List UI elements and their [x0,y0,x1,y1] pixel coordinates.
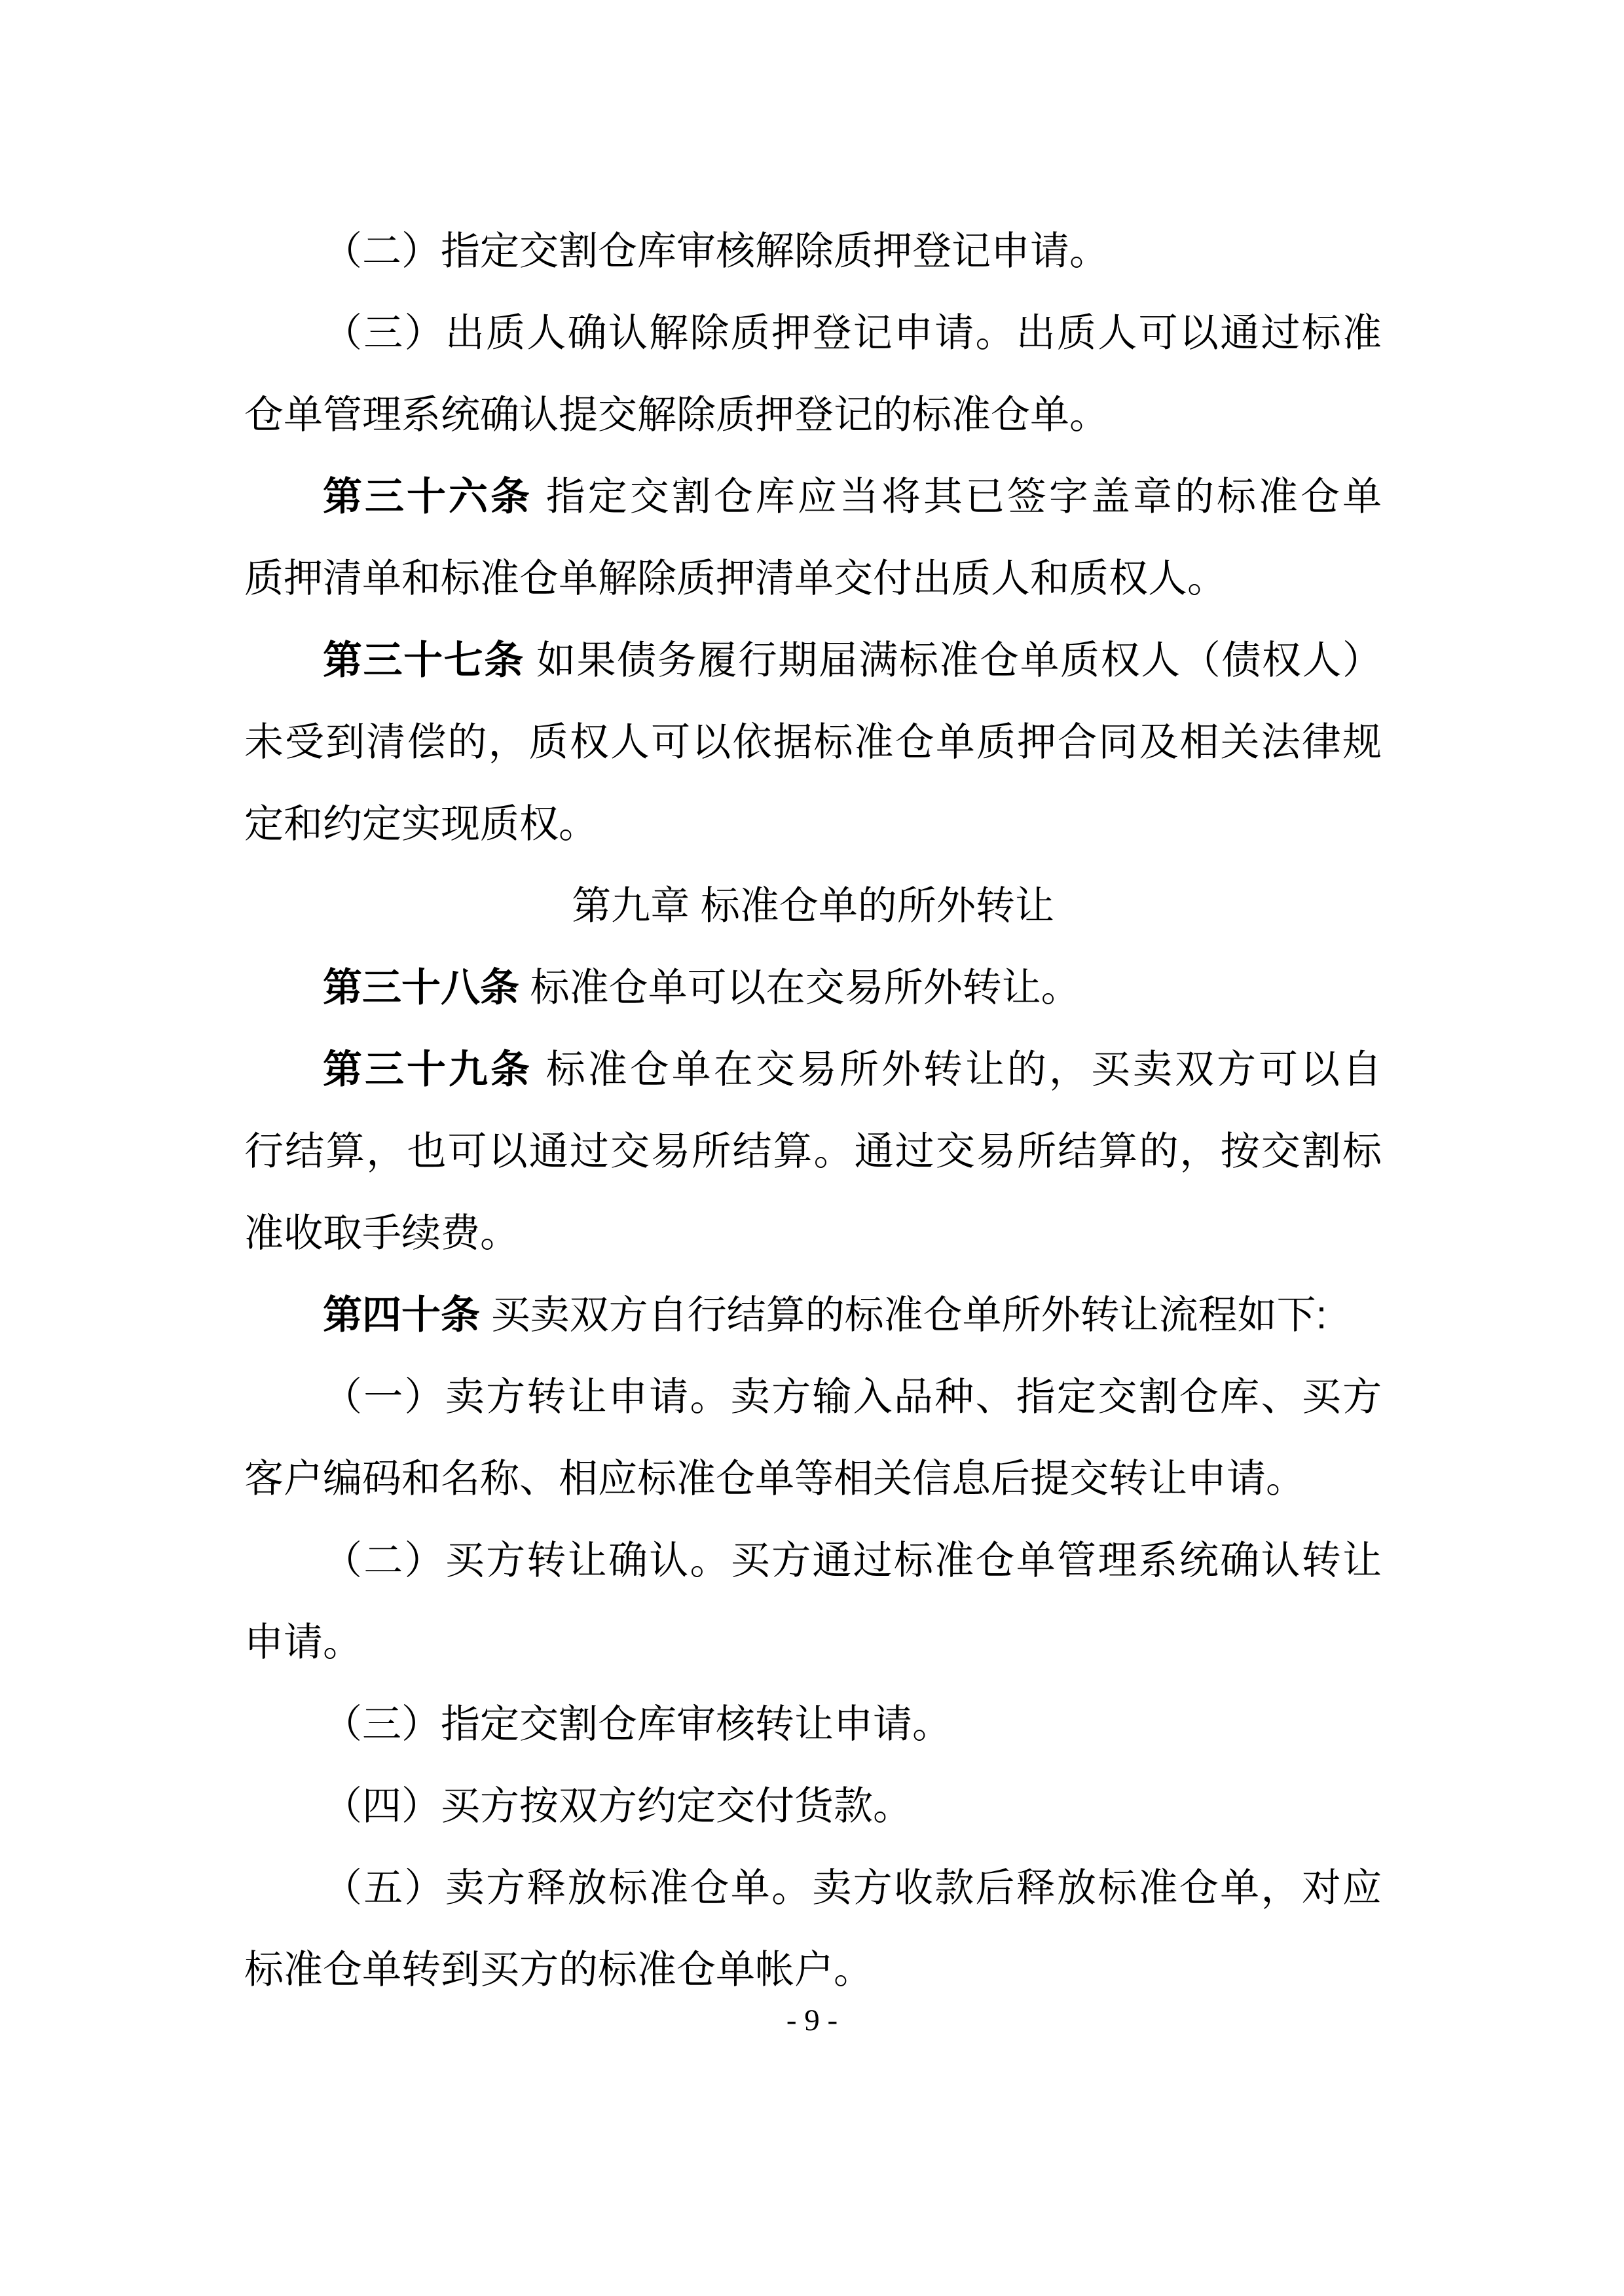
text-run: 标准仓单在交易所外转让的，买卖双方可以自 [532,1048,1382,1091]
article-line: 第四十条 买卖双方自行结算的标准仓单所外转让流程如下: [244,1274,1382,1356]
article-number: 第四十条 [323,1293,480,1337]
document-line: （三）指定交割仓库审核转让申请。 [244,1683,1382,1765]
document-line: 申请。 [244,1601,1382,1683]
text-run: （三）指定交割仓库审核转让申请。 [323,1702,951,1746]
text-run: 行结算，也可以通过交易所结算。通过交易所结算的，按交割标 [244,1129,1382,1173]
document-line: （二）指定交割仓库审核解除质押登记申请。 [244,210,1382,292]
document-line: 定和约定实现质权。 [244,783,1382,865]
document-line: （四）买方按双方约定交付货款。 [244,1765,1382,1847]
document-line: 标准仓单转到买方的标准仓单帐户。 [244,1929,1382,2011]
document-line: （二）买方转让确认。买方通过标准仓单管理系统确认转让 [244,1520,1382,1601]
article-line: 第三十六条 指定交割仓库应当将其已签字盖章的标准仓单 [244,456,1382,538]
article-number: 第三十六条 [323,475,532,519]
document-line: 客户编码和名称、相应标准仓单等相关信息后提交转让申请。 [244,1438,1382,1520]
document-line: （五）卖方释放标准仓单。卖方收款后释放标准仓单，对应 [244,1847,1382,1929]
article-number: 第三十七条 [323,638,525,682]
text-run: （五）卖方释放标准仓单。卖方收款后释放标准仓单，对应 [323,1866,1382,1910]
text-run: （二）买方转让确认。买方通过标准仓单管理系统确认转让 [323,1539,1382,1582]
text-run: （二）指定交割仓库审核解除质押登记申请。 [323,229,1109,273]
document-line: （一）卖方转让申请。卖方输入品种、指定交割仓库、买方 [244,1356,1382,1438]
document-line: 行结算，也可以通过交易所结算。通过交易所结算的，按交割标 [244,1110,1382,1192]
chapter-heading: 第九章 标准仓单的所外转让 [244,865,1382,947]
text-run: 客户编码和名称、相应标准仓单等相关信息后提交转让申请。 [244,1457,1305,1501]
text-run: （四）买方按双方约定交付货款。 [323,1784,912,1828]
document-line: 准收取手续费。 [244,1192,1382,1274]
text-run: 准收取手续费。 [244,1211,519,1255]
text-run: 质押清单和标准仓单解除质押清单交付出质人和质权人。 [244,556,1227,600]
text-run: 定和约定实现质权。 [244,802,598,846]
document-line: 未受到清偿的，质权人可以依据标准仓单质押合同及相关法律规 [244,701,1382,783]
document-line: 仓单管理系统确认提交解除质押登记的标准仓单。 [244,374,1382,456]
text-run: 买卖双方自行结算的标准仓单所外转让流程如下: [480,1293,1327,1337]
article-number: 第三十八条 [323,966,519,1010]
text-run: 如果债务履行期届满标准仓单质权人（债权人） [525,638,1382,682]
text-run: 未受到清偿的，质权人可以依据标准仓单质押合同及相关法律规 [244,720,1382,764]
text-run: 标准仓单可以在交易所外转让。 [519,966,1080,1010]
article-number: 第三十九条 [323,1048,532,1091]
document-body: （二）指定交割仓库审核解除质押登记申请。（三）出质人确认解除质押登记申请。出质人… [244,210,1382,2011]
text-run: （三）出质人确认解除质押登记申请。出质人可以通过标准 [323,311,1382,355]
text-run: 标准仓单转到买方的标准仓单帐户。 [244,1948,873,1992]
article-line: 第三十九条 标准仓单在交易所外转让的，买卖双方可以自 [244,1029,1382,1110]
article-line: 第三十八条 标准仓单可以在交易所外转让。 [244,947,1382,1029]
text-run: 第九章 标准仓单的所外转让 [572,884,1054,928]
text-run: （一）卖方转让申请。卖方输入品种、指定交割仓库、买方 [323,1375,1382,1419]
page-number: - 9 - [0,2002,1624,2039]
text-run: 仓单管理系统确认提交解除质押登记的标准仓单。 [244,393,1109,437]
text-run: 申请。 [244,1620,362,1664]
article-line: 第三十七条 如果债务履行期届满标准仓单质权人（债权人） [244,619,1382,701]
document-line: （三）出质人确认解除质押登记申请。出质人可以通过标准 [244,292,1382,374]
document-line: 质押清单和标准仓单解除质押清单交付出质人和质权人。 [244,538,1382,619]
text-run: 指定交割仓库应当将其已签字盖章的标准仓单 [532,475,1382,519]
document-page: （二）指定交割仓库审核解除质押登记申请。（三）出质人确认解除质押登记申请。出质人… [0,0,1624,2296]
